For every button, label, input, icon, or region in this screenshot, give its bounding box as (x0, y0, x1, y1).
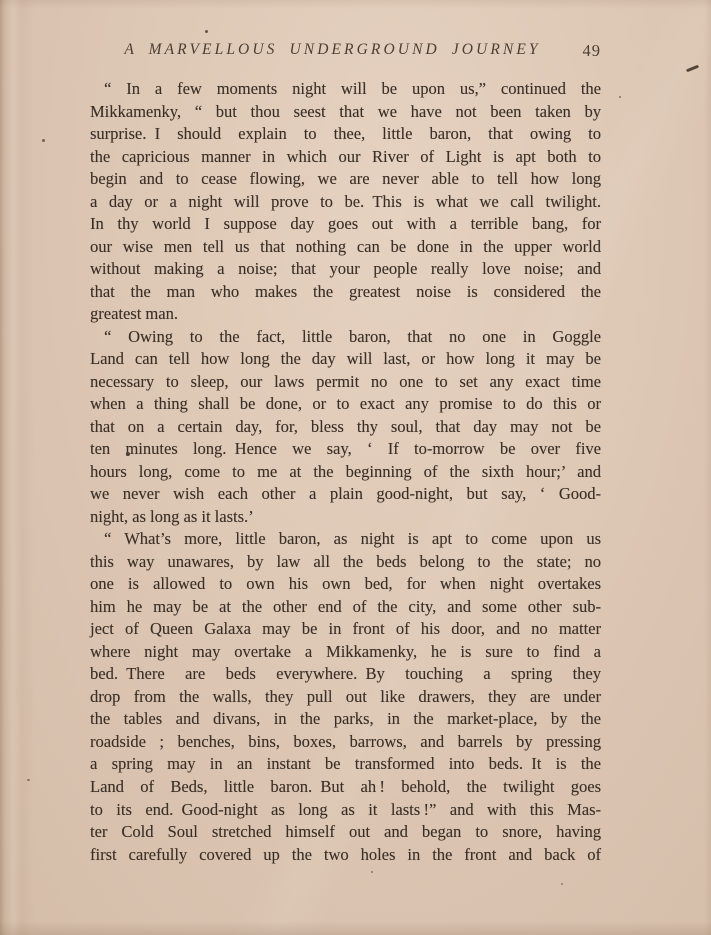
ink-speck (686, 65, 699, 73)
text-line: “ Owing to the fact, little baron, that … (90, 326, 601, 349)
ink-speck (560, 198, 562, 200)
paragraph: “ In a few moments night will be upon us… (90, 78, 601, 326)
paragraph: “ Owing to the fact, little baron, that … (90, 326, 601, 529)
running-title: A MARVELLOUS UNDERGROUND JOURNEY (90, 41, 575, 59)
text-line: roadside ; benches, bins, boxes, barrows… (90, 731, 601, 754)
text-line: hours long, come to me at the beginning … (90, 461, 601, 484)
text-line: one is allowed to own his own bed, for w… (90, 573, 601, 596)
text-line: we never wish each other a plain good-ni… (90, 483, 601, 506)
book-page: A MARVELLOUS UNDERGROUND JOURNEY 49 “ In… (0, 0, 711, 935)
ink-speck (619, 96, 621, 98)
paragraph: “ What’s more, little baron, as night is… (90, 528, 601, 866)
text-line: Mikkamenky, “ but thou seest that we hav… (90, 101, 601, 124)
text-line: surprise. I should explain to thee, litt… (90, 123, 601, 146)
running-head: A MARVELLOUS UNDERGROUND JOURNEY 49 (90, 41, 601, 63)
ink-speck (126, 452, 130, 456)
ink-speck (205, 30, 208, 33)
text-line: first carefully covered up the two holes… (90, 844, 601, 867)
text-line: the tables and divans, in the parks, in … (90, 708, 601, 731)
text-line: necessary to sleep, our laws permit no o… (90, 371, 601, 394)
text-line: this way unawares, by law all the beds b… (90, 551, 601, 574)
ink-speck (371, 871, 373, 873)
text-line: when a thing shall be done, or to exact … (90, 393, 601, 416)
text-line: the capricious manner in which our River… (90, 146, 601, 169)
ink-speck (42, 139, 45, 142)
text-line: our wise men tell us that nothing can be… (90, 236, 601, 259)
text-line: bed. There are beds everywhere. By touch… (90, 663, 601, 686)
text-line: Land of Beds, little baron. But ah ! beh… (90, 776, 601, 799)
text-line: “ In a few moments night will be upon us… (90, 78, 601, 101)
ink-speck (561, 883, 563, 885)
text-line: “ What’s more, little baron, as night is… (90, 528, 601, 551)
text-line: ter Cold Soul stretched himself out and … (90, 821, 601, 844)
text-line: that the man who makes the greatest nois… (90, 281, 601, 304)
text-line: night, as long as it lasts.’ (90, 506, 601, 529)
ink-speck (27, 779, 30, 781)
text-line: In thy world I suppose day goes out with… (90, 213, 601, 236)
text-line: ject of Queen Galaxa may be in front of … (90, 618, 601, 641)
text-line: without making a noise; that your people… (90, 258, 601, 281)
text-line: a spring may in an instant be transforme… (90, 753, 601, 776)
page-number: 49 (583, 41, 602, 61)
text-line: that on a certain day, for, bless thy so… (90, 416, 601, 439)
text-line: Land can tell how long the day will last… (90, 348, 601, 371)
page-text: “ In a few moments night will be upon us… (90, 78, 601, 866)
text-line: drop from the walls, they pull out like … (90, 686, 601, 709)
text-line: begin and to cease flowing, we are never… (90, 168, 601, 191)
text-line: a day or a night will prove to be. This … (90, 191, 601, 214)
text-line: where night may overtake a Mikkamenky, h… (90, 641, 601, 664)
text-line: greatest man. (90, 303, 601, 326)
text-line: ten minutes long. Hence we say, ‘ If to-… (90, 438, 601, 461)
text-line: to its end. Good-night as long as it las… (90, 799, 601, 822)
text-line: him he may be at the other end of the ci… (90, 596, 601, 619)
